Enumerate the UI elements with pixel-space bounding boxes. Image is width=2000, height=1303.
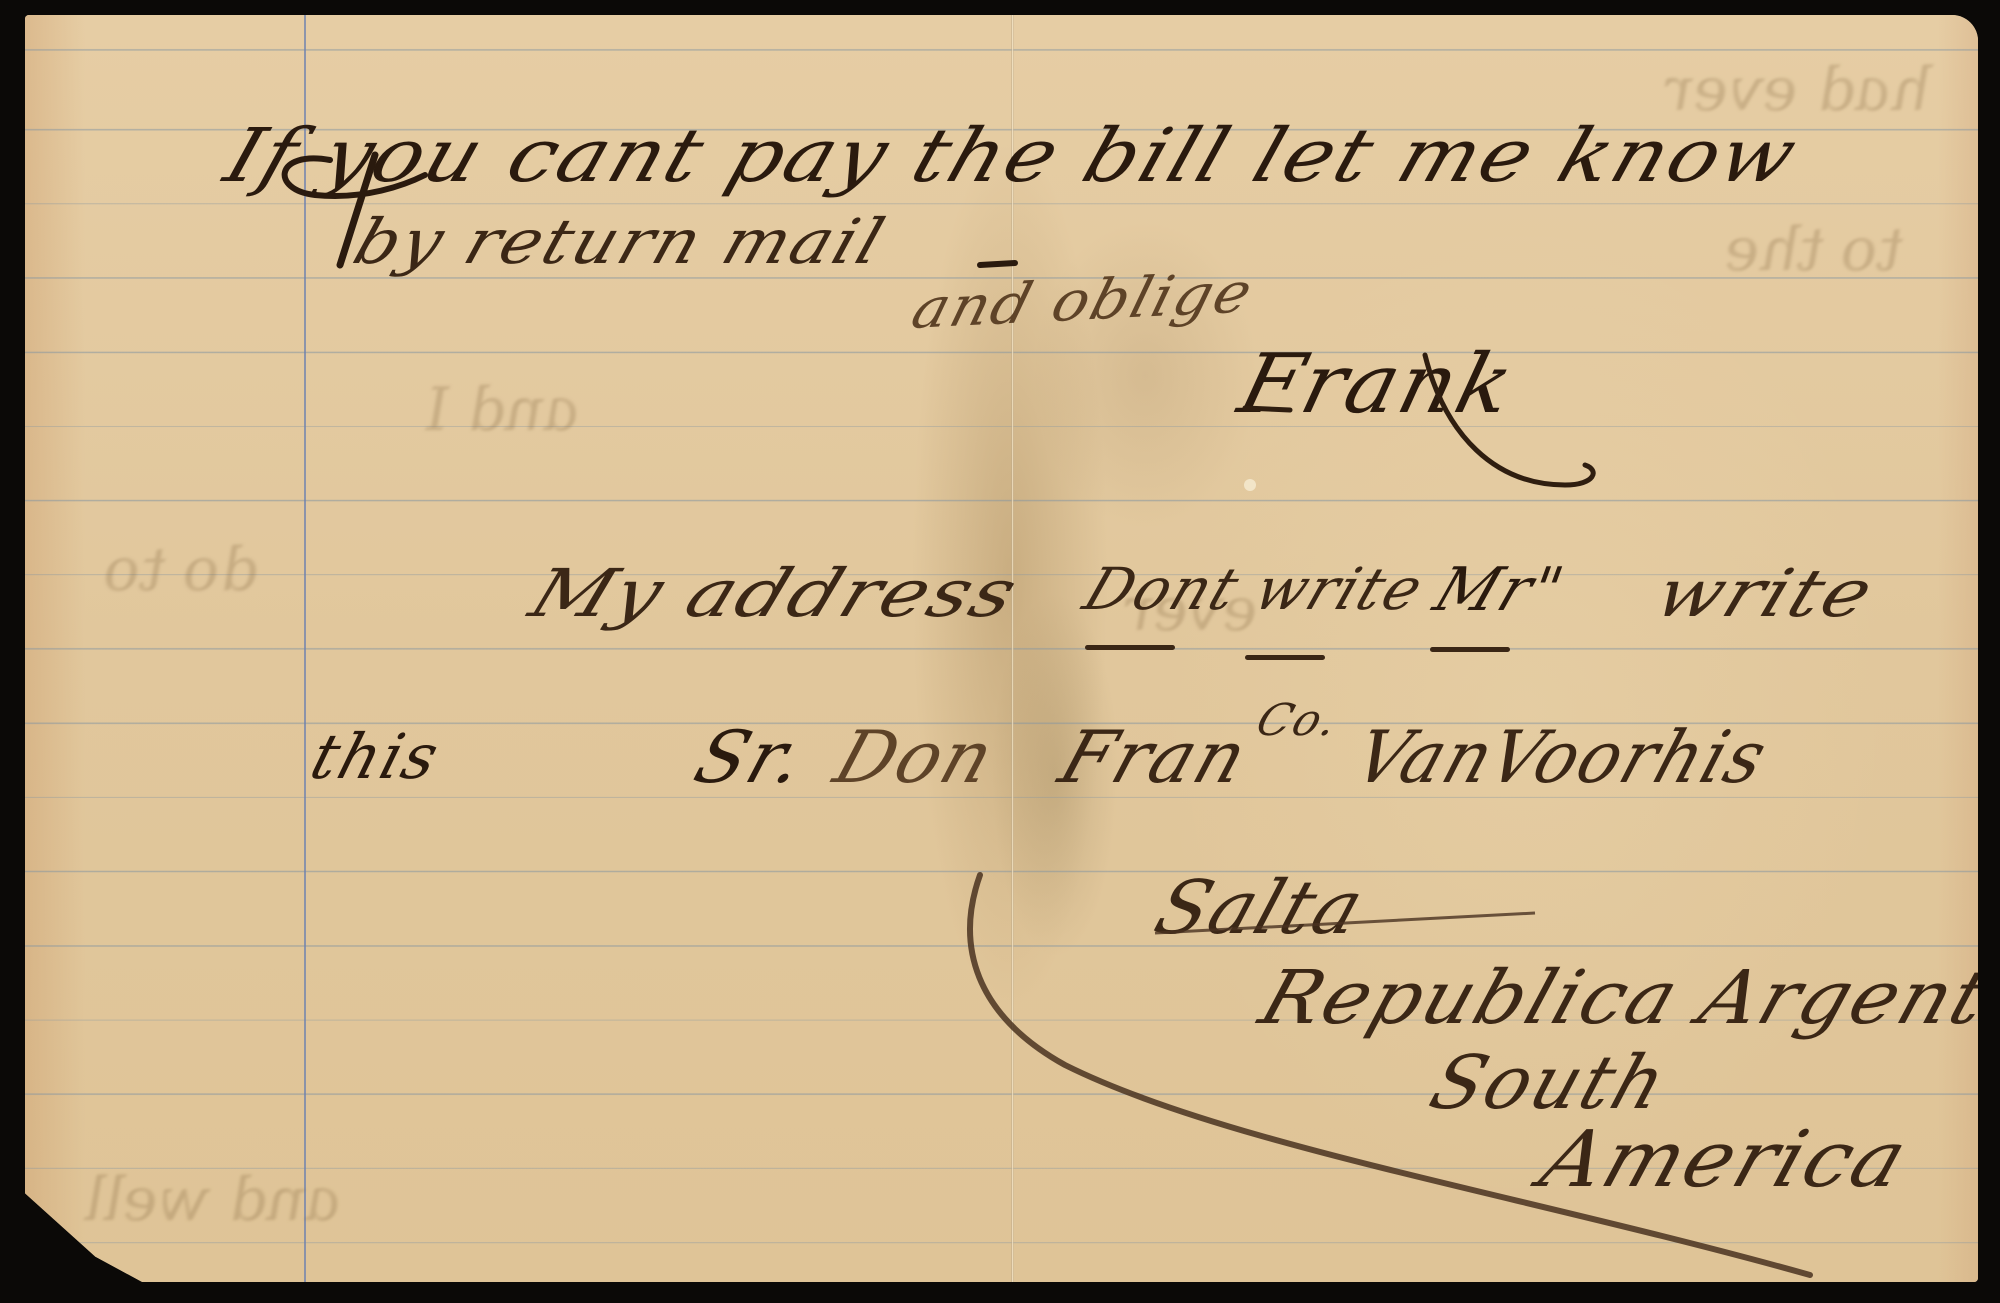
address-intro-write: write xyxy=(1645,555,1885,632)
underline-mr xyxy=(1430,647,1510,652)
address-intro-dont-write: Dont write xyxy=(1075,555,1434,623)
address-intro-my-address: My address xyxy=(520,555,1030,632)
letter-line-2: by return mail xyxy=(345,205,895,278)
address-region-south: South xyxy=(1420,1040,1678,1126)
letter-sheet: had ever to the and I ever do to and wel… xyxy=(25,15,1978,1282)
address-country: Republica Argentina xyxy=(1250,955,1978,1041)
underline-write xyxy=(1245,655,1325,660)
underline-dont xyxy=(1085,645,1175,650)
margin-line xyxy=(304,15,306,1282)
bleed-through-text: and I xyxy=(412,375,593,445)
center-fold xyxy=(1011,15,1014,1282)
bleed-through-text: and well xyxy=(72,1165,355,1235)
bleed-through-text: do to xyxy=(92,535,271,605)
signature: Frank xyxy=(1230,337,1524,432)
address-name-co: Co. xyxy=(1250,695,1346,746)
scan-background: had ever to the and I ever do to and wel… xyxy=(0,0,2000,1303)
address-this: this xyxy=(303,720,448,793)
letter-line-1: If you cant pay the bill let me know xyxy=(215,113,1809,199)
address-intro-mr: Mr" xyxy=(1425,555,1574,625)
address-name-surname: VanVoorhis xyxy=(1345,715,1778,799)
address-city: Salta xyxy=(1145,865,1375,951)
address-name-don: Don xyxy=(825,715,1006,799)
ruled-lines xyxy=(25,15,1978,1282)
bleed-through-text: to the xyxy=(1712,215,1915,285)
address-region-america: America xyxy=(1530,1115,1919,1205)
address-name-fran: Fran xyxy=(1050,715,1259,799)
